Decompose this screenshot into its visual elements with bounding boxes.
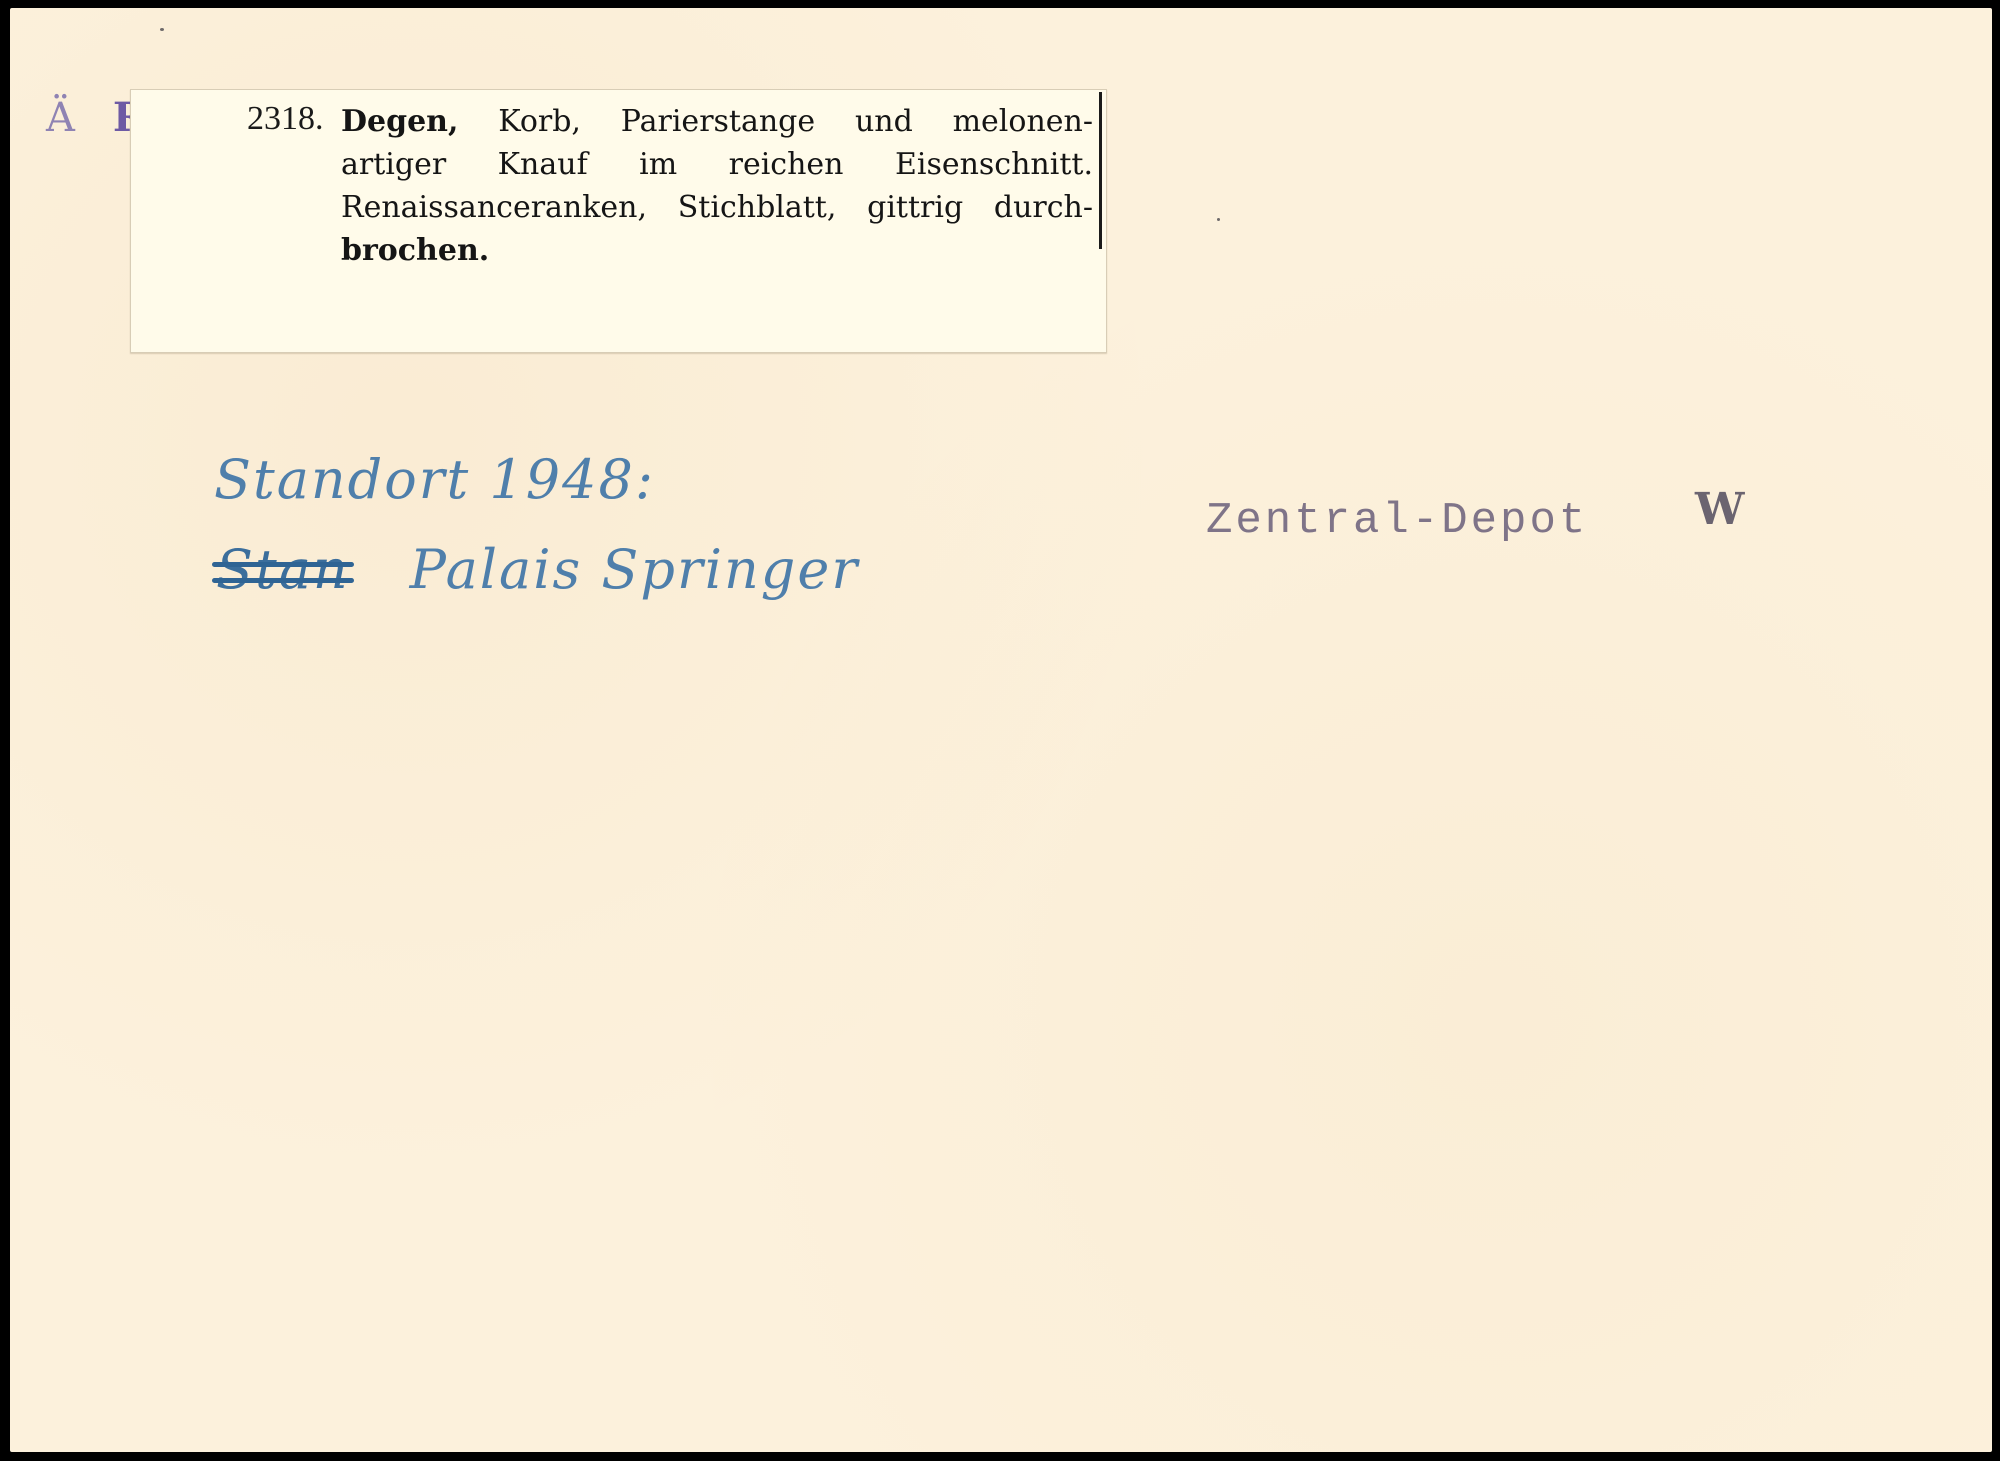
description-line-4: brochen. [341, 229, 1093, 272]
depot-stamp: Zentral-Depot [1206, 496, 1588, 546]
description-line-1: Degen, Korb, Parierstange und melonen- [341, 100, 1093, 143]
handwritten-location-heading: Standort 1948: [214, 448, 655, 511]
archive-card: ÄR 2318. Degen, Korb, Parierstange und m… [10, 8, 1992, 1452]
catalog-description: Degen, Korb, Parierstange und melonen- a… [341, 100, 1093, 272]
catalog-label: 2318. Degen, Korb, Parierstange und melo… [130, 89, 1107, 353]
stamp-letter-a-umlaut: Ä [46, 95, 113, 141]
handwritten-location: StanPalais Springer [216, 538, 859, 601]
description-line-2: artiger Knauf im reichen Eisenschnitt. [341, 143, 1093, 186]
description-line-3: Renaissanceranken, Stichblatt, gittrig d… [341, 186, 1093, 229]
catalog-number: 2318. [247, 100, 324, 138]
ink-speck [1217, 218, 1220, 221]
item-title: Degen, [341, 104, 458, 139]
ink-speck [160, 28, 164, 31]
label-edge-bar [1099, 92, 1102, 249]
depot-mark-w: W [1695, 484, 1744, 535]
location-name: Palais Springer [410, 538, 859, 601]
struck-out-word: Stan [216, 538, 350, 601]
